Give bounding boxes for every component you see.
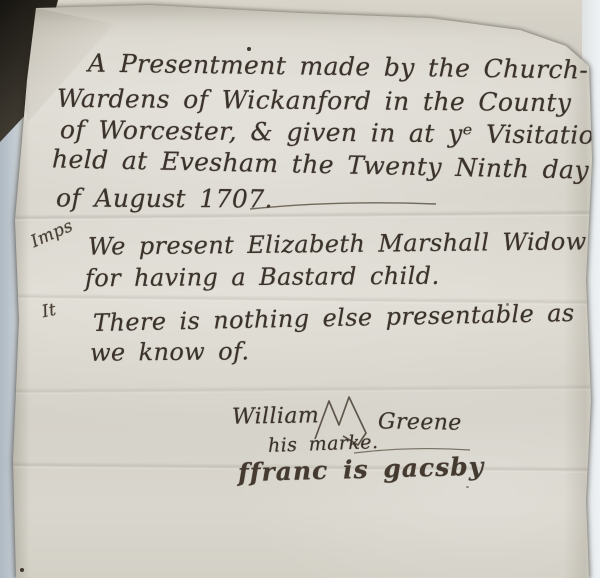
- heading-line: held at Evesham the Twenty Ninth day: [52, 144, 589, 184]
- heading-line: of August 1707.: [56, 183, 273, 213]
- item-marker: It: [40, 300, 58, 323]
- photograph-of-document: A Presentment made by the Church- Warden…: [0, 0, 600, 578]
- item-line: There is nothing else presentable as: [93, 299, 575, 337]
- heading-line: Wardens of Wickanford in the County: [57, 84, 572, 117]
- heading-line: of Worcester, & given in at yᵉ Visitatio…: [60, 115, 600, 150]
- left-edge-shading: [12, 60, 30, 578]
- heading-line: A Presentment made by the Church-: [88, 49, 589, 85]
- item-line: We present Elizabeth Marshall Widow: [88, 227, 587, 260]
- witness-signature: ffranc is gacsby: [238, 452, 485, 487]
- item-line: we know of.: [90, 337, 250, 366]
- torn-top-edge-shading: [30, 4, 590, 40]
- ink-speck: [506, 303, 509, 306]
- underline-flourish-date: [248, 198, 438, 212]
- ink-speck: [466, 486, 469, 488]
- paper-shadow-wrap: A Presentment made by the Church- Warden…: [0, 0, 600, 578]
- ink-speck: [20, 568, 24, 572]
- manuscript-paper: A Presentment made by the Church- Warden…: [0, 0, 600, 578]
- signature-name-greene: Greene: [378, 409, 462, 435]
- item-line: for having a Bastard child.: [85, 262, 440, 292]
- ink-speck: [247, 47, 251, 51]
- horizontal-fold-crease: [10, 384, 595, 395]
- signature-name-william: William: [232, 403, 320, 430]
